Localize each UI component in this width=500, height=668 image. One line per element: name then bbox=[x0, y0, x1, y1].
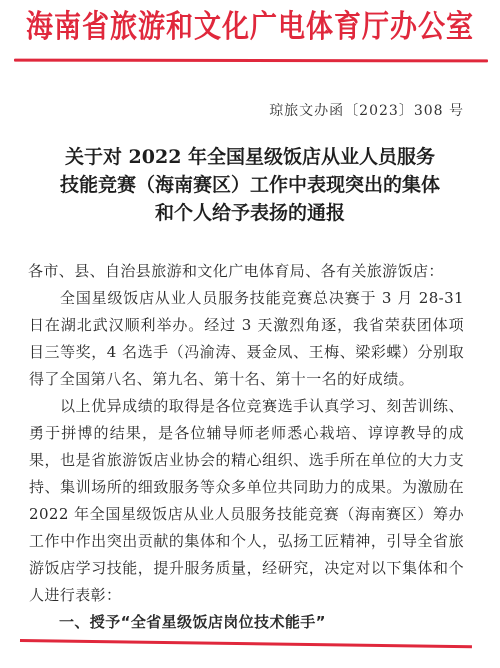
header-divider bbox=[14, 59, 488, 63]
issuer-header: 海南省旅游和文化广电体育厅办公室 bbox=[0, 7, 500, 48]
footer-divider bbox=[20, 639, 472, 648]
title-line: 关于对 2022 年全国星级饭店从业人员服务 bbox=[20, 143, 480, 171]
paragraph-commendation: 以上优异成绩的取得是各位竞赛选手认真学习、刻苦训练、勇于拼博的结果，是各位辅导师… bbox=[29, 393, 464, 609]
document-number: 琼旅文办函〔2023〕308 号 bbox=[269, 100, 464, 120]
section-heading: 一、授予“全省星级饭店岗位技术能手” bbox=[29, 609, 464, 636]
paragraph-results: 全国星级饭店从业人员服务技能竞赛总决赛于 3 月 28-31 日在湖北武汉顺利举… bbox=[29, 285, 464, 393]
document-body: 各市、县、自治县旅游和文化广电体育局、各有关旅游饭店： 全国星级饭店从业人员服务… bbox=[29, 258, 464, 636]
title-line: 技能竞赛（海南赛区）工作中表现突出的集体 bbox=[20, 171, 480, 199]
title-line: 和个人给予表扬的通报 bbox=[20, 199, 480, 227]
document-title: 关于对 2022 年全国星级饭店从业人员服务 技能竞赛（海南赛区）工作中表现突出… bbox=[20, 143, 480, 227]
salutation: 各市、县、自治县旅游和文化广电体育局、各有关旅游饭店： bbox=[28, 258, 464, 285]
